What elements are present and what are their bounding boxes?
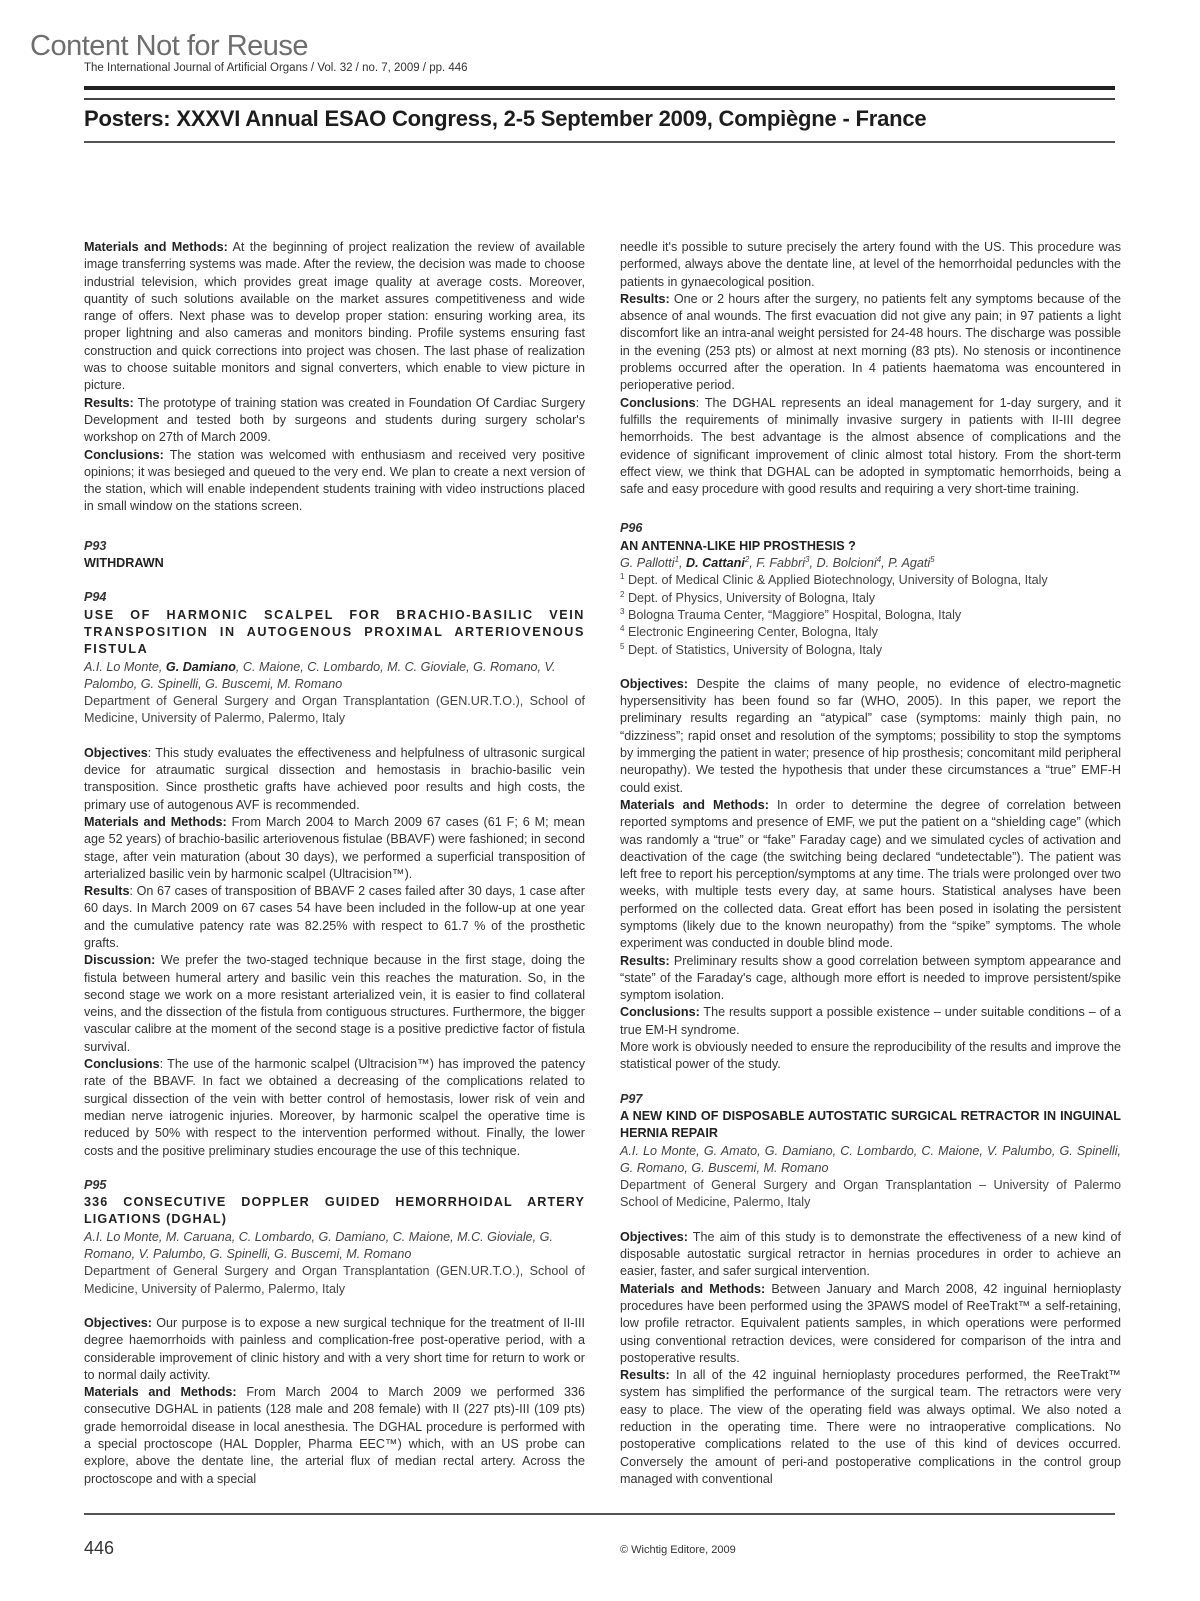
right-column: needle it's possible to suture precisely… [620,239,1121,1488]
poster-title: A NEW KIND OF DISPOSABLE AUTOSTATIC SURG… [620,1108,1121,1143]
abstract-section: Results: Preliminary results show a good… [620,953,1121,1005]
affiliation-item: 3 Bologna Trauma Center, “Maggiore” Hosp… [620,607,1121,624]
copyright: © Wichtig Editore, 2009 [620,1544,736,1556]
poster-authors: A.I. Lo Monte, G. Amato, G. Damiano, C. … [620,1143,1121,1178]
abstract-section: Conclusions: The DGHAL represents an ide… [620,395,1121,499]
abstract-section: More work is obviously needed to ensure … [620,1039,1121,1074]
poster-title: AN ANTENNA-LIKE HIP PROSTHESIS ? [620,538,1121,555]
poster-id: P95 [84,1177,585,1194]
affiliation-item: 2 Dept. of Physics, University of Bologn… [620,590,1121,607]
header-rule-thick [84,86,1115,90]
abstract-section: needle it's possible to suture precisely… [620,239,1121,291]
abstract-section: Discussion: We prefer the two-staged tec… [84,952,585,1056]
poster-id: P96 [620,520,1121,537]
presenting-author: D. Cattani [686,556,745,570]
poster-title: USE OF HARMONIC SCALPEL FOR BRACHIO-BASI… [84,607,585,659]
abstract-section: Materials and Methods: From March 2004 t… [84,1384,585,1488]
affiliation-item: 5 Dept. of Statistics, University of Bol… [620,642,1121,659]
poster-id: P97 [620,1091,1121,1108]
affiliation-item: 1 Dept. of Medical Clinic & Applied Biot… [620,572,1121,589]
title-rule [84,141,1115,143]
abstract-section: Materials and Methods: In order to deter… [620,797,1121,953]
poster-title: WITHDRAWN [84,555,585,572]
page-title: Posters: XXXVI Annual ESAO Congress, 2-5… [84,106,926,132]
abstract-section: Results: On 67 cases of transposition of… [84,883,585,952]
poster-affiliation: Department of General Surgery and Organ … [84,1263,585,1298]
poster-authors: A.I. Lo Monte, G. Damiano, C. Maione, C.… [84,659,585,694]
abstract-section: Objectives: Our purpose is to expose a n… [84,1315,585,1384]
watermark: Content Not for Reuse [30,30,308,63]
poster-authors: A.I. Lo Monte, M. Caruana, C. Lombardo, … [84,1229,585,1264]
affiliation-list: 1 Dept. of Medical Clinic & Applied Biot… [620,572,1121,658]
abstract-section: Conclusions: The results support a possi… [620,1004,1121,1039]
poster-id: P93 [84,538,585,555]
abstract-section: Objectives: Despite the claims of many p… [620,676,1121,797]
abstract-section: Materials and Methods: At the beginning … [84,239,585,395]
page-number: 446 [84,1538,114,1559]
abstract-section: Materials and Methods: Between January a… [620,1281,1121,1367]
abstract-section: Results: The prototype of training stati… [84,395,585,447]
journal-citation: The International Journal of Artificial … [84,62,468,74]
affiliation-item: 4 Electronic Engineering Center, Bologna… [620,624,1121,641]
abstract-section: Conclusions: The use of the harmonic sca… [84,1056,585,1160]
poster-authors: G. Pallotti1, D. Cattani2, F. Fabbri3, D… [620,555,1121,572]
abstract-section: Conclusions: The station was welcomed wi… [84,447,585,516]
abstract-section: Results: In all of the 42 inguinal herni… [620,1367,1121,1488]
abstract-section: Results: One or 2 hours after the surger… [620,291,1121,395]
poster-id: P94 [84,589,585,606]
poster-title: 336 CONSECUTIVE DOPPLER GUIDED HEMORRHOI… [84,1194,585,1229]
header-rule-thin [84,98,1115,100]
abstract-section: Objectives: The aim of this study is to … [620,1229,1121,1281]
abstract-section: Materials and Methods: From March 2004 t… [84,814,585,883]
presenting-author: G. Damiano [166,660,236,674]
left-column: Materials and Methods: At the beginning … [84,239,585,1488]
poster-affiliation: Department of General Surgery and Organ … [84,693,585,728]
poster-affiliation: Department of General Surgery and Organ … [620,1177,1121,1212]
footer-rule [84,1513,1115,1515]
abstract-section: Objectives: This study evaluates the eff… [84,745,585,814]
